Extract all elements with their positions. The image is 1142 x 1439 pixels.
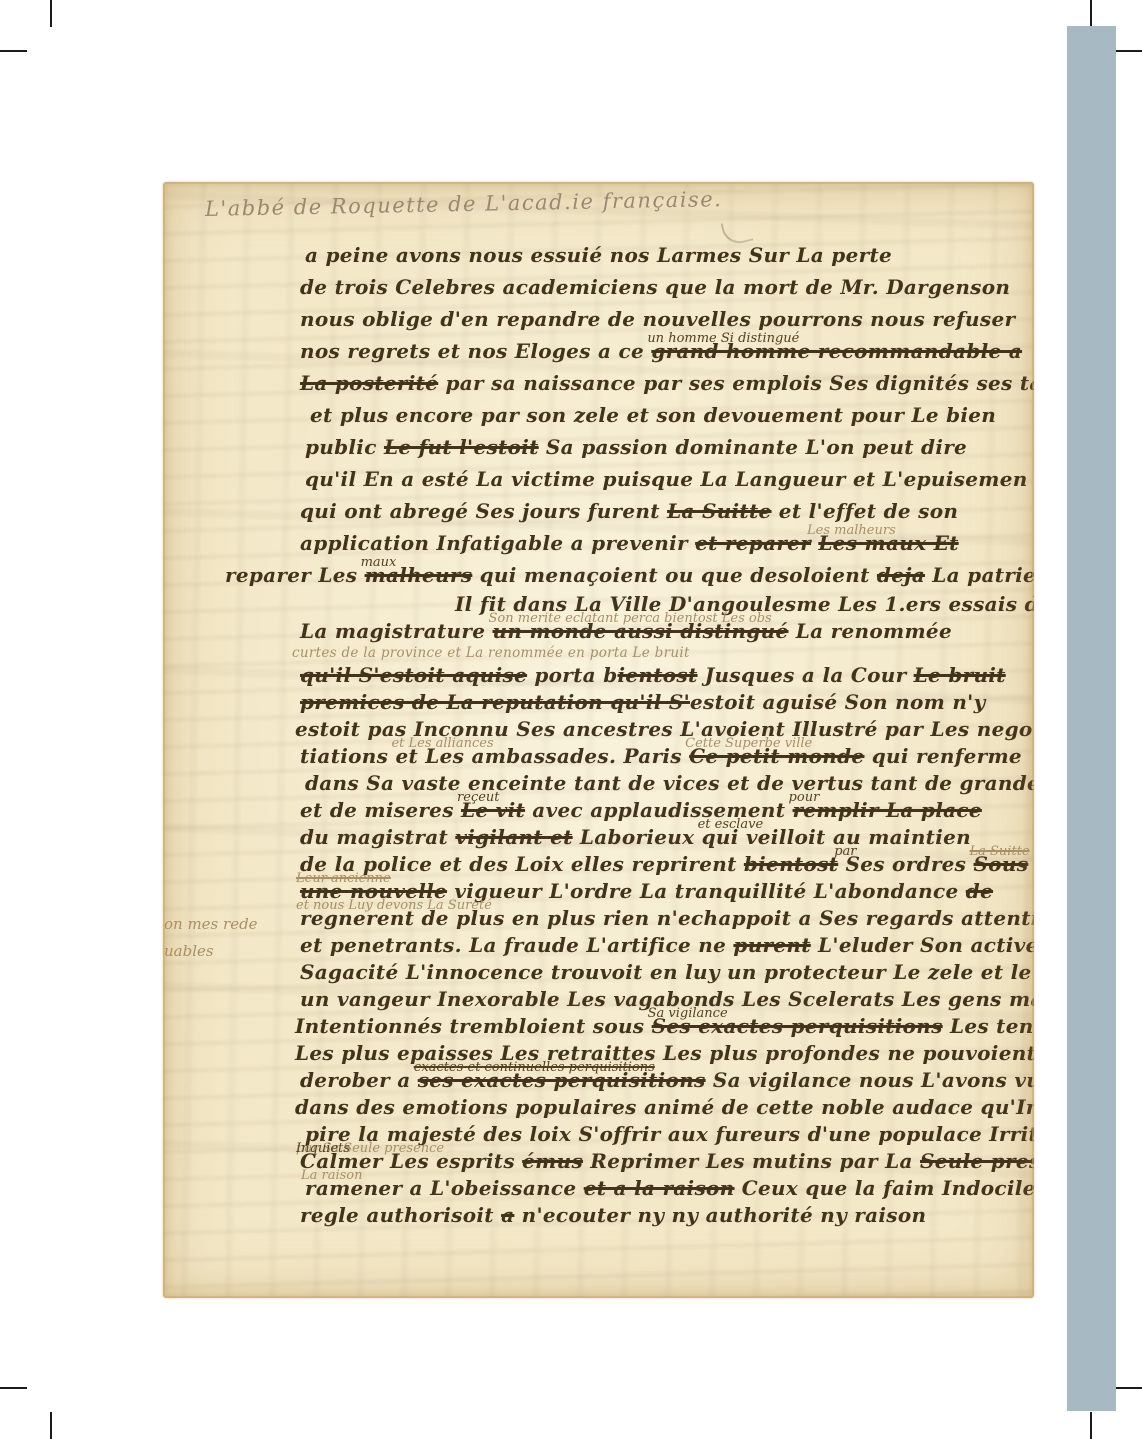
handwritten-text: Jusques a la Cour: [698, 663, 914, 687]
interline-annotation-text: Inquiets: [296, 1142, 350, 1155]
interline-annotation-text: et nous Luy devons La Sureté: [296, 899, 492, 912]
interline-annotation-text: Sa vigilance: [648, 1007, 728, 1020]
manuscript-line: et plus encore par son zele et son devou…: [310, 399, 1000, 431]
handwritten-text: Laborieux: [573, 825, 702, 849]
handwritten-text: dans des emotions populaires animé de ce…: [295, 1095, 1034, 1119]
handwritten-text: regle authorisoit: [300, 1203, 501, 1227]
struck-text: Le bruit: [914, 663, 1006, 687]
manuscript-line: a peine avons nous essuié nos Larmes Sur…: [305, 239, 1000, 271]
manuscript-line: qu'il En a esté La victime puisque La La…: [305, 463, 1000, 495]
manuscript-line: regle authorisoit a n'ecouter ny ny auth…: [300, 1202, 1000, 1229]
handwritten-text: La magistrature: [300, 619, 493, 643]
manuscript-line: reparer Les mauxmalheurs qui menaçoient …: [225, 559, 1000, 591]
interline-annotation-text: maux: [361, 556, 397, 569]
interline-annotation-text: pour: [789, 791, 820, 804]
crop-mark-top-right-horizontal: [1116, 50, 1142, 52]
handwritten-text: La renommée: [789, 619, 952, 643]
manuscript-header-annotation: L'abbé de Roquette de L'acad.ie français…: [205, 187, 723, 221]
manuscript-line: Sagacité L'innocence trouvoit en luy un …: [300, 959, 1000, 986]
handwritten-text: qu'il En a esté La victime puisque La La…: [305, 467, 1028, 491]
manuscript-line: dans Sa vaste enceinte tant de vices et …: [305, 770, 1000, 797]
struck-text: a: [501, 1203, 514, 1227]
struck-text: bientost: [744, 852, 838, 876]
struck-text: purent: [733, 933, 810, 957]
manuscript-line: La magistrature Son merite eclatant perc…: [300, 618, 1000, 645]
struck-text: et reparer: [695, 531, 811, 555]
handwritten-text: Les tenebres: [943, 1014, 1034, 1038]
handwritten-text: tiations: [300, 744, 395, 768]
handwritten-text: derober a: [300, 1068, 418, 1092]
interline-annotation-text: Les malheurs: [807, 524, 896, 537]
handwritten-text: Les plus epaisses Les retraittes Les plu…: [295, 1041, 1034, 1065]
crop-mark-top-right-vertical: [1090, 0, 1092, 26]
page-edge-accent-bar: [1067, 26, 1116, 1411]
crop-mark-bottom-left-vertical: [50, 1412, 52, 1439]
interline-annotation-text: Son merite eclatant perca bientost Les o…: [489, 612, 772, 625]
manuscript-line: application Infatigable a prevenir et re…: [300, 527, 1000, 559]
manuscript-line: La raisonramener a L'obeissance et a la …: [305, 1175, 1000, 1202]
struck-text: émus: [522, 1149, 583, 1173]
manuscript-line: nos regrets et nos Eloges a ce un homme …: [300, 335, 1000, 367]
interline-annotation-text: Cette Superbe ville: [685, 737, 812, 750]
struck-text: et a la raison: [584, 1176, 735, 1200]
handwritten-text: L'eluder Son active: [811, 933, 1034, 957]
struck-text: remplir La place: [793, 798, 982, 822]
manuscript-line: du magistrat vigilant et Laborieux et es…: [300, 824, 1000, 851]
handwritten-text: Reprimer Les mutins par La: [583, 1149, 920, 1173]
handwritten-text: qui renferme: [864, 744, 1022, 768]
scanned-page-canvas: L'abbé de Roquette de L'acad.ie français…: [0, 0, 1142, 1439]
handwritten-text: vigueur L'ordre La tranquillité L'abonda…: [447, 879, 966, 903]
struck-text: vigilant et: [455, 825, 572, 849]
interline-annotation-text: reçeut: [457, 791, 499, 804]
handwritten-text: nous oblige d'en repandre de nouvelles p…: [300, 307, 1015, 331]
interline-annotation-text: et Les alliances: [391, 737, 493, 750]
handwritten-text: reparer Les: [225, 563, 365, 587]
manuscript-line: de trois Celebres academiciens que la mo…: [300, 271, 1000, 303]
handwritten-text: du magistrat: [300, 825, 455, 849]
manuscript-paper: L'abbé de Roquette de L'acad.ie français…: [163, 182, 1034, 1298]
handwritten-text: et penetrants. La fraude L'artifice ne: [300, 933, 733, 957]
interline-annotation-text: exactes et continuelles perquisitions: [414, 1061, 655, 1074]
crop-mark-bottom-left-horizontal: [0, 1387, 27, 1389]
handwritten-text: Ses ordres: [838, 852, 973, 876]
interline-annotation-text: par: [834, 845, 856, 858]
interline-annotation-text: La raison: [301, 1169, 363, 1182]
manuscript-line: on mes redeet nous Luy devons La Suretér…: [300, 905, 1000, 932]
crop-mark-bottom-right-horizontal: [1116, 1387, 1142, 1389]
manuscript-text-block: a peine avons nous essuié nos Larmes Sur…: [300, 239, 1000, 1229]
struck-text: ientost: [617, 663, 697, 687]
handwritten-text: porta b: [527, 663, 617, 687]
manuscript-line: de la police et des Loix elles reprirent…: [300, 851, 1000, 878]
struck-text: Le fut l'estoit: [384, 435, 539, 459]
handwritten-text: nos regrets et nos Eloges a ce: [300, 339, 651, 363]
interline-annotation-text: Leur ancienne: [296, 872, 391, 885]
manuscript-line: par Sa Seule presenceInquietsCalmer Les …: [300, 1148, 1000, 1175]
handwritten-text: Sagacité L'innocence trouvoit en luy un …: [300, 960, 1034, 984]
manuscript-line: premices de La reputation qu'il S'estoit…: [300, 689, 1000, 716]
handwritten-text: Intentionnés trembloient sous: [295, 1014, 652, 1038]
handwritten-text: application Infatigable a prevenir: [300, 531, 695, 555]
crop-mark-bottom-right-vertical: [1090, 1412, 1092, 1439]
handwritten-text: qui menaçoient ou que desoloient: [472, 563, 877, 587]
interline-annotation-text: un homme Si distingué: [647, 332, 799, 345]
manuscript-line: curtes de la province et La renommée en …: [292, 645, 1000, 662]
struck-text: La Suitte: [667, 499, 771, 523]
handwritten-text: estoit aguisé Son nom n'y: [690, 690, 985, 714]
handwritten-text: et l'effet de son: [772, 499, 959, 523]
handwritten-text: dans Sa vaste enceinte tant de vices et …: [305, 771, 1034, 795]
struck-text: qu'il S'estoit aquise: [300, 663, 527, 687]
manuscript-line: La posterité par sa naissance par ses em…: [300, 367, 1000, 399]
handwritten-text: La patrie: [925, 563, 1034, 587]
manuscript-line: derober a exactes et continuelles perqui…: [300, 1067, 1000, 1094]
handwritten-text: public: [305, 435, 384, 459]
margin-note: uables: [164, 938, 214, 965]
handwritten-text: par sa naissance par ses emplois Ses dig…: [438, 371, 1034, 395]
handwritten-text: n'ecouter ny ny authorité ny raison: [514, 1203, 926, 1227]
handwritten-text: de trois Celebres academiciens que la mo…: [300, 275, 1010, 299]
handwritten-text: et de miseres: [300, 798, 461, 822]
handwritten-text: a peine avons nous essuié nos Larmes Sur…: [305, 243, 892, 267]
manuscript-line: dans des emotions populaires animé de ce…: [295, 1094, 1000, 1121]
struck-text: Seule presence: [920, 1149, 1034, 1173]
handwritten-text: Ceux que la faim Indocile a toute: [735, 1176, 1035, 1200]
manuscript-line: uableset penetrants. La fraude L'artific…: [300, 932, 1000, 959]
crop-mark-top-left-horizontal: [0, 50, 27, 52]
handwritten-text: qui ont abregé Ses jours furent: [300, 499, 667, 523]
handwritten-text: Sa passion dominante L'on peut dire: [539, 435, 967, 459]
manuscript-line: Intentionnés trembloient sous Sa vigilan…: [295, 1013, 1000, 1040]
margin-note: on mes rede: [164, 911, 258, 938]
struck-text: premices de La reputation qu'il S': [300, 690, 690, 714]
manuscript-line: et de miseres reçeutLe vit avec applaudi…: [300, 797, 1000, 824]
struck-text: La posterité: [300, 371, 438, 395]
struck-text: deja: [877, 563, 925, 587]
handwritten-text: Sa vigilance nous L'avons vu: [706, 1068, 1034, 1092]
crop-mark-top-left-vertical: [50, 0, 52, 27]
manuscript-line: tiations et Les allianceset Les ambassad…: [300, 743, 1000, 770]
handwritten-text: et plus encore par son zele et son devou…: [310, 403, 996, 427]
interline-annotation-text: et esclave: [698, 818, 764, 831]
struck-text: de: [966, 879, 993, 903]
manuscript-line: public Le fut l'estoit Sa passion domina…: [305, 431, 1000, 463]
handwritten-text: curtes de la province et La renommée en …: [292, 645, 690, 661]
interline-annotation-text: La Suitte: [970, 845, 1030, 858]
manuscript-line: qu'il S'estoit aquise porta bientost Jus…: [300, 662, 1000, 689]
